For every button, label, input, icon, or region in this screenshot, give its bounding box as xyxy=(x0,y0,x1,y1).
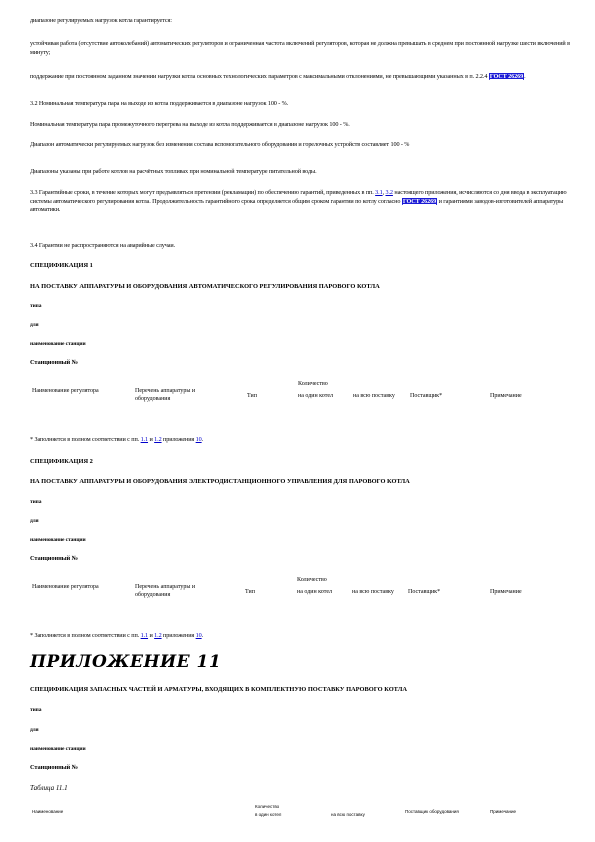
spec1-type-label: типа xyxy=(30,302,570,311)
col-name: Наименование xyxy=(32,808,63,815)
appendix11-station-number: Станционный № xyxy=(30,764,570,773)
spec1-footnote: * Заполняется в полном соответствии с пп… xyxy=(30,436,570,445)
clause-1-2-link[interactable]: 1.2 xyxy=(154,632,161,639)
paragraph-text: поддержание при постоянном заданном знач… xyxy=(30,73,489,80)
spec2-title: СПЕЦИФИКАЦИЯ 2 xyxy=(30,458,570,467)
spec1-station-number: Станционный № xyxy=(30,359,570,368)
col-qty-per-boiler: в один котел xyxy=(255,811,281,818)
col-regulator-name: Наименование регулятора xyxy=(32,583,112,591)
footnote-text: * Заполняется в полном соответствии с пп… xyxy=(30,436,141,443)
clause-3-2-link[interactable]: 3.2 xyxy=(385,189,392,196)
clause-1-2-link[interactable]: 1.2 xyxy=(154,436,161,443)
col-qty-per-boiler: на один котел xyxy=(297,588,337,596)
spec1-for-label: для xyxy=(30,321,570,330)
col-qty-total: на всю поставку xyxy=(331,811,365,818)
punct: . xyxy=(202,436,203,443)
spec2-for-label: для xyxy=(30,517,570,526)
col-quantity: Количество xyxy=(297,576,327,584)
spec2-footnote: * Заполняется в полном соответствии с пп… xyxy=(30,632,570,641)
gost-26269-link-2[interactable]: ГОСТ 26269 xyxy=(402,198,437,205)
col-equipment-list: Перечень аппаратуры и оборудования xyxy=(135,583,230,599)
col-qty-per-boiler: на один котел xyxy=(298,392,338,400)
spec1-station-label: наименование станции xyxy=(30,340,570,349)
footnote-text: * Заполняется в полном соответствии с пп… xyxy=(30,632,141,639)
spec1-title: СПЕЦИФИКАЦИЯ 1 xyxy=(30,262,570,271)
paragraph-design-fuel: Диапазоны указаны при работе котлов на р… xyxy=(30,168,570,177)
appendix11-station-label: наименование станции xyxy=(30,745,570,754)
footnote-text: приложения xyxy=(162,632,196,639)
clause-1-1-link[interactable]: 1.1 xyxy=(141,632,148,639)
col-type: Тип xyxy=(245,588,255,596)
col-supplier: Поставщик* xyxy=(408,588,440,596)
appendix11-type-label: типа xyxy=(30,706,570,715)
appendix11-for-label: для xyxy=(30,726,570,735)
punct: . xyxy=(202,632,203,639)
punct: . xyxy=(524,73,525,80)
paragraph-range-intro: диапазоне регулируемых нагрузок котла га… xyxy=(30,17,570,26)
gost-26269-link[interactable]: ГОСТ 26269 xyxy=(489,73,524,80)
col-qty-total: на всю поставку xyxy=(353,392,397,400)
spec2-station-number: Станционный № xyxy=(30,555,570,564)
col-qty-total: на всю поставку xyxy=(352,588,396,596)
paragraph-3-2: 3.2 Номинальная температура пара на выхо… xyxy=(30,100,570,109)
footnote-text: приложения xyxy=(162,436,196,443)
col-note: Примечание xyxy=(490,808,516,815)
col-note: Примечание xyxy=(490,392,522,400)
col-type: Тип xyxy=(247,392,257,400)
paragraph-3-3: 3.3 Гарантийные сроки, в течение которых… xyxy=(30,189,570,215)
col-equipment-list: Перечень аппаратуры и оборудования xyxy=(135,387,230,403)
col-supplier: Поставщик оборудования xyxy=(405,808,459,815)
col-quantity: Количество xyxy=(298,380,328,388)
spec2-type-label: типа xyxy=(30,498,570,507)
paragraph-reheat-temp: Номинальная температура пара промежуточн… xyxy=(30,121,570,130)
col-supplier: Поставщик* xyxy=(410,392,442,400)
paragraph-text: 3.3 Гарантийные сроки, в течение которых… xyxy=(30,189,375,196)
col-note: Примечание xyxy=(490,588,522,596)
paragraph-parameter-maintenance: поддержание при постоянном заданном знач… xyxy=(30,73,570,82)
spec1-subtitle: НА ПОСТАВКУ АППАРАТУРЫ И ОБОРУДОВАНИЯ АВ… xyxy=(30,283,570,292)
col-quantity: Количество xyxy=(255,803,279,810)
appendix-11-heading: ПРИЛОЖЕНИЕ 11 xyxy=(30,652,221,672)
clause-3-1-link[interactable]: 3.1 xyxy=(375,189,382,196)
col-regulator-name: Наименование регулятора xyxy=(32,387,112,395)
spec2-station-label: наименование станции xyxy=(30,536,570,545)
paragraph-load-range: Диапазон автоматически регулируемых нагр… xyxy=(30,141,570,150)
table-11-1-caption: Таблица 11.1 xyxy=(30,784,68,792)
paragraph-stable-operation: устойчивая работа (отсутствие автоколеба… xyxy=(30,40,570,57)
spec2-subtitle: НА ПОСТАВКУ АППАРАТУРЫ И ОБОРУДОВАНИЯ ЭЛ… xyxy=(30,478,570,487)
appendix11-subtitle: СПЕЦИФИКАЦИЯ ЗАПАСНЫХ ЧАСТЕЙ И АРМАТУРЫ,… xyxy=(30,686,570,695)
paragraph-3-4: 3.4 Гарантии не распространяются на авар… xyxy=(30,242,570,251)
clause-1-1-link[interactable]: 1.1 xyxy=(141,436,148,443)
